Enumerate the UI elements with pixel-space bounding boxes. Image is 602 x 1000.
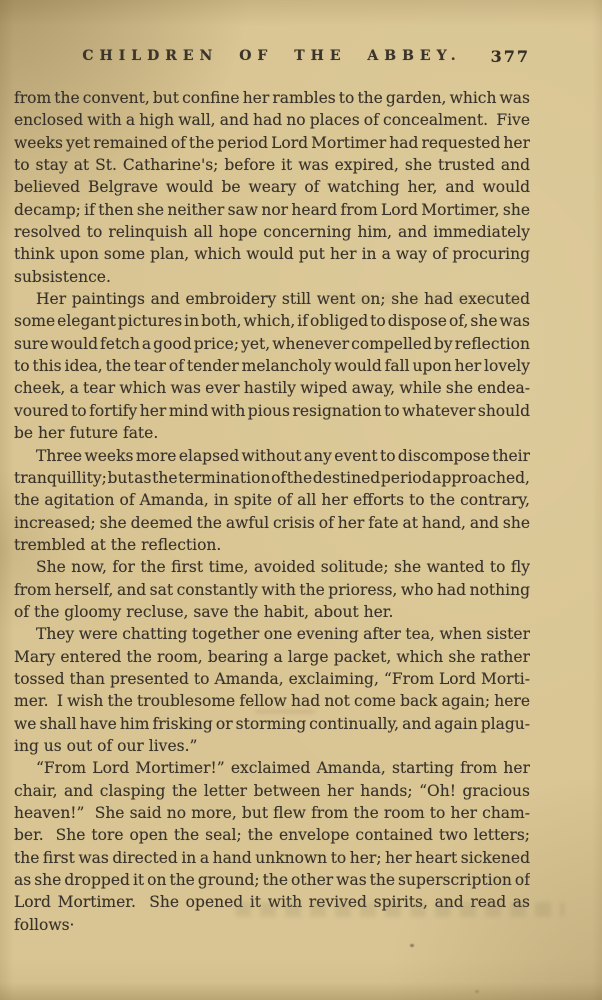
paper-speck — [475, 990, 479, 993]
page-number: 377 — [491, 47, 530, 66]
text-line: trembled at the reflection. — [14, 534, 530, 556]
text-line: some elegant pictures in both, which, if… — [14, 310, 530, 332]
text-line: to stay at St. Catharine's; before it wa… — [14, 154, 530, 176]
text-line: from the convent, but confine her ramble… — [14, 87, 530, 109]
text-line: They were chatting together one evening … — [14, 623, 530, 645]
text-line: ing us out of our lives.” — [14, 735, 530, 757]
text-line: to this idea, the tear of tender melanch… — [14, 355, 530, 377]
text-line: Three weeks more elapsed without any eve… — [14, 445, 530, 467]
running-header: CHILDREN OF THE ABBEY. 377 — [14, 48, 530, 68]
text-line: decamp; if then she neither saw nor hear… — [14, 199, 530, 221]
text-line: the agitation of Amanda, in spite of all… — [14, 489, 530, 511]
text-line: the first was directed in a hand unknown… — [14, 847, 530, 869]
text-line: Lord Mortimer. She opened it with revive… — [14, 891, 530, 913]
text-line: tranquillity; but as the termination of … — [14, 467, 530, 489]
text-line: sure would fetch a good price; yet, when… — [14, 333, 530, 355]
text-line: from herself, and sat constantly with th… — [14, 579, 530, 601]
text-line: weeks yet remained of the period Lord Mo… — [14, 132, 530, 154]
text-line: of the gloomy recluse, save the habit, a… — [14, 601, 530, 623]
text-line: heaven!” She said no more, but flew from… — [14, 802, 530, 824]
text-line: resolved to relinquish all hope concerni… — [14, 221, 530, 243]
text-line: voured to fortify her mind with pious re… — [14, 400, 530, 422]
text-line: She now, for the first time, avoided sol… — [14, 556, 530, 578]
text-line: chair, and clasping the letter between h… — [14, 780, 530, 802]
text-line: be her future fate. — [14, 422, 530, 444]
text-line: as she dropped it on the ground; the oth… — [14, 869, 530, 891]
text-line: Mary entered the room, bearing a large p… — [14, 646, 530, 668]
text-line: believed Belgrave would be weary of watc… — [14, 176, 530, 198]
book-page-scan: CHILDREN OF THE ABBEY. 377 from the conv… — [0, 0, 602, 1000]
text-line: “From Lord Mortimer!” exclaimed Amanda, … — [14, 757, 530, 779]
text-line: tossed than presented to Amanda, exclaim… — [14, 668, 530, 690]
text-line: enclosed with a high wall, and had no pl… — [14, 109, 530, 131]
text-line: subsistence. — [14, 266, 530, 288]
text-line: ber. She tore open the seal; the envelop… — [14, 824, 530, 846]
paper-speck — [410, 944, 414, 947]
text-line: we shall have him frisking or storming c… — [14, 713, 530, 735]
text-line: follows· — [14, 914, 530, 936]
text-line: cheek, a tear which was ever hastily wip… — [14, 377, 530, 399]
text-line: increased; she deemed the awful crisis o… — [14, 512, 530, 534]
text-line: think upon some plan, which would put he… — [14, 243, 530, 265]
text-block: from the convent, but confine her ramble… — [14, 87, 530, 936]
text-line: mer. I wish the troublesome fellow had n… — [14, 690, 530, 712]
book-title-header: CHILDREN OF THE ABBEY. — [14, 48, 530, 64]
text-line: Her paintings and embroidery still went … — [14, 288, 530, 310]
